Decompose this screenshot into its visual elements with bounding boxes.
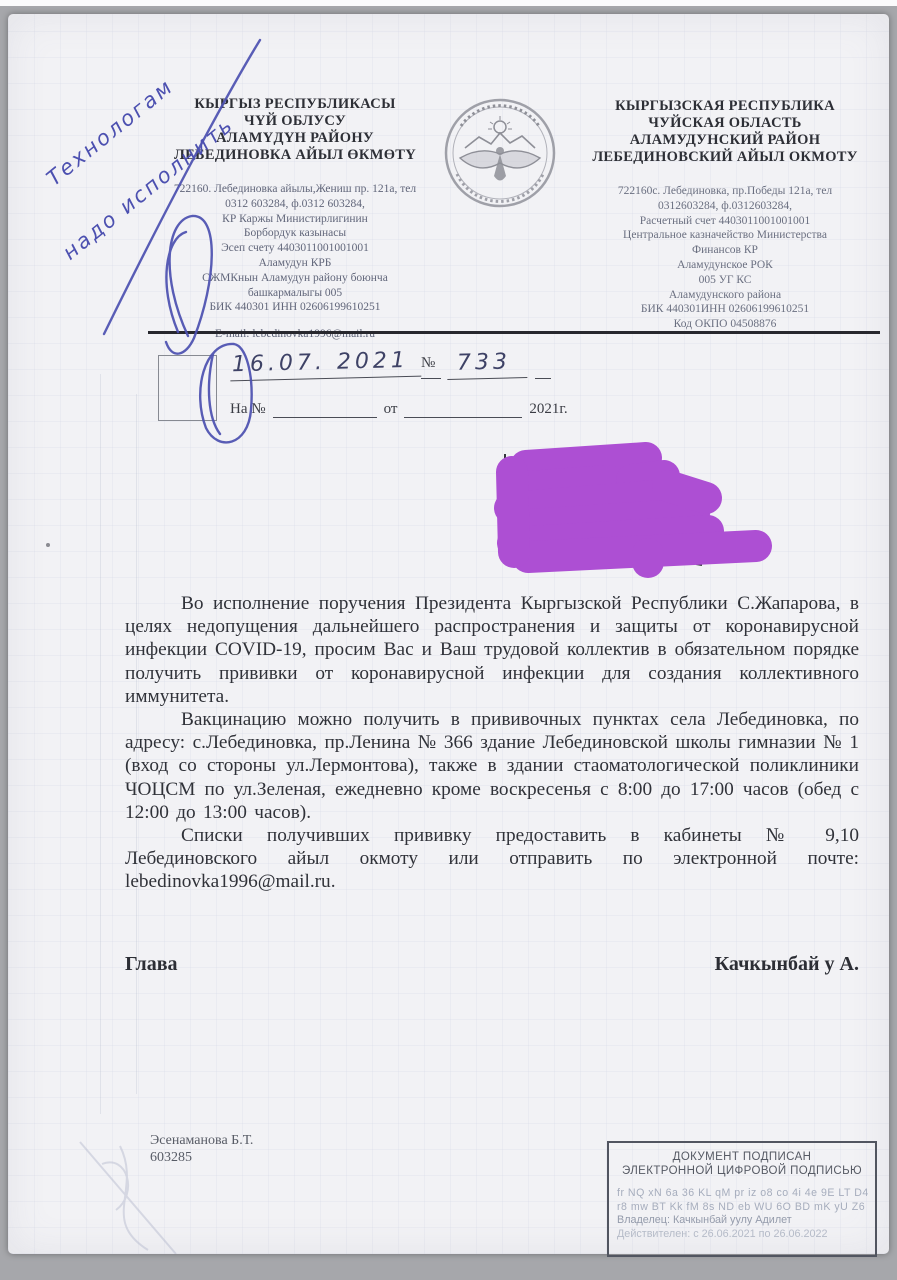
detail-line: 0312 603284, ф.0312 603284, <box>131 197 459 212</box>
bleed-through-line <box>100 374 101 1114</box>
detail-line: Центральное казначейство Министерства <box>566 228 884 243</box>
header-kyrgyz-column: КЫРГЫЗ РЕСПУБЛИКАСЫ ЧҮЙ ОБЛУСУ АЛАМҮДҮН … <box>131 96 459 340</box>
header-divider-rule <box>148 331 880 334</box>
org-details: 722160с. Лебединовка, пр.Победы 121а, те… <box>566 184 884 332</box>
stamp-hash: fr NQ xN 6a 36 KL qM pr iz o8 co 4i 4e 9… <box>617 1187 867 1201</box>
org-name-line: ЧУЙСКАЯ ОБЛАСТЬ <box>566 115 884 132</box>
stamp-placeholder-box <box>158 355 217 421</box>
handwritten-number: 733 <box>447 349 528 380</box>
outgoing-number-line: 16.07. 2021№733 <box>230 350 551 379</box>
org-details: 722160. Лебединовка айылы,Жениш пр. 121а… <box>131 182 459 315</box>
detail-line: башкармалыгы 005 <box>131 286 459 301</box>
ink-dot <box>46 543 50 547</box>
stamp-validity: Действителен: с 26.06.2021 по 26.06.2022 <box>617 1228 867 1242</box>
stamp-title: ЭЛЕКТРОННОЙ ЦИФРОВОЙ ПОДПИСЬЮ <box>617 1164 867 1178</box>
paragraph: Во исполнение поручения Президента Кыргы… <box>125 592 859 708</box>
detail-line: 722160с. Лебединовка, пр.Победы 121а, те… <box>566 184 884 199</box>
detail-line: СЖМКнын Аламудун району боюнча <box>131 271 459 286</box>
executor-phone: 603285 <box>150 1149 253 1166</box>
blank-line <box>404 405 522 418</box>
stamp-owner: Владелец: Качкынбай уулу Адилет <box>617 1214 867 1228</box>
executor-block: Эсенаманова Б.Т. 603285 <box>150 1132 253 1166</box>
scanner-background: Технологам надо исполнить КЫРГЫЗ РЕСПУБЛ… <box>0 6 897 1280</box>
digital-signature-stamp: ДОКУМЕНТ ПОДПИСАН ЭЛЕКТРОННОЙ ЦИФРОВОЙ П… <box>607 1141 877 1257</box>
org-name-line: КЫРГЫЗСКАЯ РЕСПУБЛИКА <box>566 98 884 115</box>
number-sign: № <box>421 355 441 379</box>
signer-title: Глава <box>125 953 178 976</box>
na-label: На № <box>230 401 266 418</box>
detail-line: КР Каржы Министирлигинин <box>131 212 459 227</box>
detail-line: Финансов КР <box>566 243 884 258</box>
detail-line: Аламудунского района <box>566 288 884 303</box>
detail-line: Эсеп счету 4403011001001001 <box>131 241 459 256</box>
org-name-line: КЫРГЫЗ РЕСПУБЛИКАСЫ <box>131 96 459 113</box>
email-line: E-mail: lebedinovka1996@mail.ru <box>131 328 459 340</box>
detail-line: 005 УГ КС <box>566 273 884 288</box>
detail-line: 722160. Лебединовка айылы,Жениш пр. 121а… <box>131 182 459 197</box>
detail-line: БИК 440301 ИНН 02606199610251 <box>131 300 459 315</box>
detail-line: БИК 440301ИНН 02606199610251 <box>566 302 884 317</box>
signature-row: Глава Качкынбай у А. <box>125 953 859 976</box>
stamp-title: ДОКУМЕНТ ПОДПИСАН <box>617 1150 867 1164</box>
executor-name: Эсенаманова Б.Т. <box>150 1132 253 1149</box>
org-name-line: ЛЕБЕДИНОВСКИЙ АЙЫЛ ОКМОТУ <box>566 149 884 166</box>
handwritten-date: 16.07. 2021 <box>230 348 422 382</box>
detail-line: Код ОКПО 04508876 <box>566 317 884 332</box>
reply-reference-line: На № от 2021г. <box>230 401 568 418</box>
detail-line: Расчетный счет 4403011001001001 <box>566 214 884 229</box>
letter-page: Технологам надо исполнить КЫРГЫЗ РЕСПУБЛ… <box>8 14 889 1254</box>
blank-line <box>535 368 551 379</box>
blank-line <box>273 405 377 418</box>
kyrgyzstan-coat-of-arms-icon <box>441 96 559 210</box>
org-name-line: АЛАМУДУНСКИЙ РАЙОН <box>566 132 884 149</box>
hidden-text-marks <box>504 454 767 565</box>
stamp-hash: r8 mw BT Kk fM 8s ND eb WU 6O BD mK yU Z… <box>617 1201 867 1215</box>
paragraph: Вакцинацию можно получить в прививочных … <box>125 708 859 824</box>
detail-line: Аламудунское РОК <box>566 258 884 273</box>
org-name-line: ЧҮЙ ОБЛУСУ <box>131 113 459 130</box>
purple-redaction-blob <box>510 458 756 562</box>
detail-line: Борбордук казынасы <box>131 226 459 241</box>
paragraph: Списки получивших прививку предоставить … <box>125 824 859 894</box>
letter-body: Во исполнение поручения Президента Кыргы… <box>125 592 859 894</box>
year-label: 2021г. <box>529 401 567 418</box>
ot-label: от <box>384 401 398 418</box>
header-russian-column: КЫРГЫЗСКАЯ РЕСПУБЛИКА ЧУЙСКАЯ ОБЛАСТЬ АЛ… <box>566 98 884 332</box>
detail-line: 0312603284, ф.0312603284, <box>566 199 884 214</box>
org-name-line: АЛАМҮДҮН РАЙОНУ <box>131 130 459 147</box>
detail-line: Аламудун КРБ <box>131 256 459 271</box>
signer-name: Качкынбай у А. <box>715 953 859 976</box>
